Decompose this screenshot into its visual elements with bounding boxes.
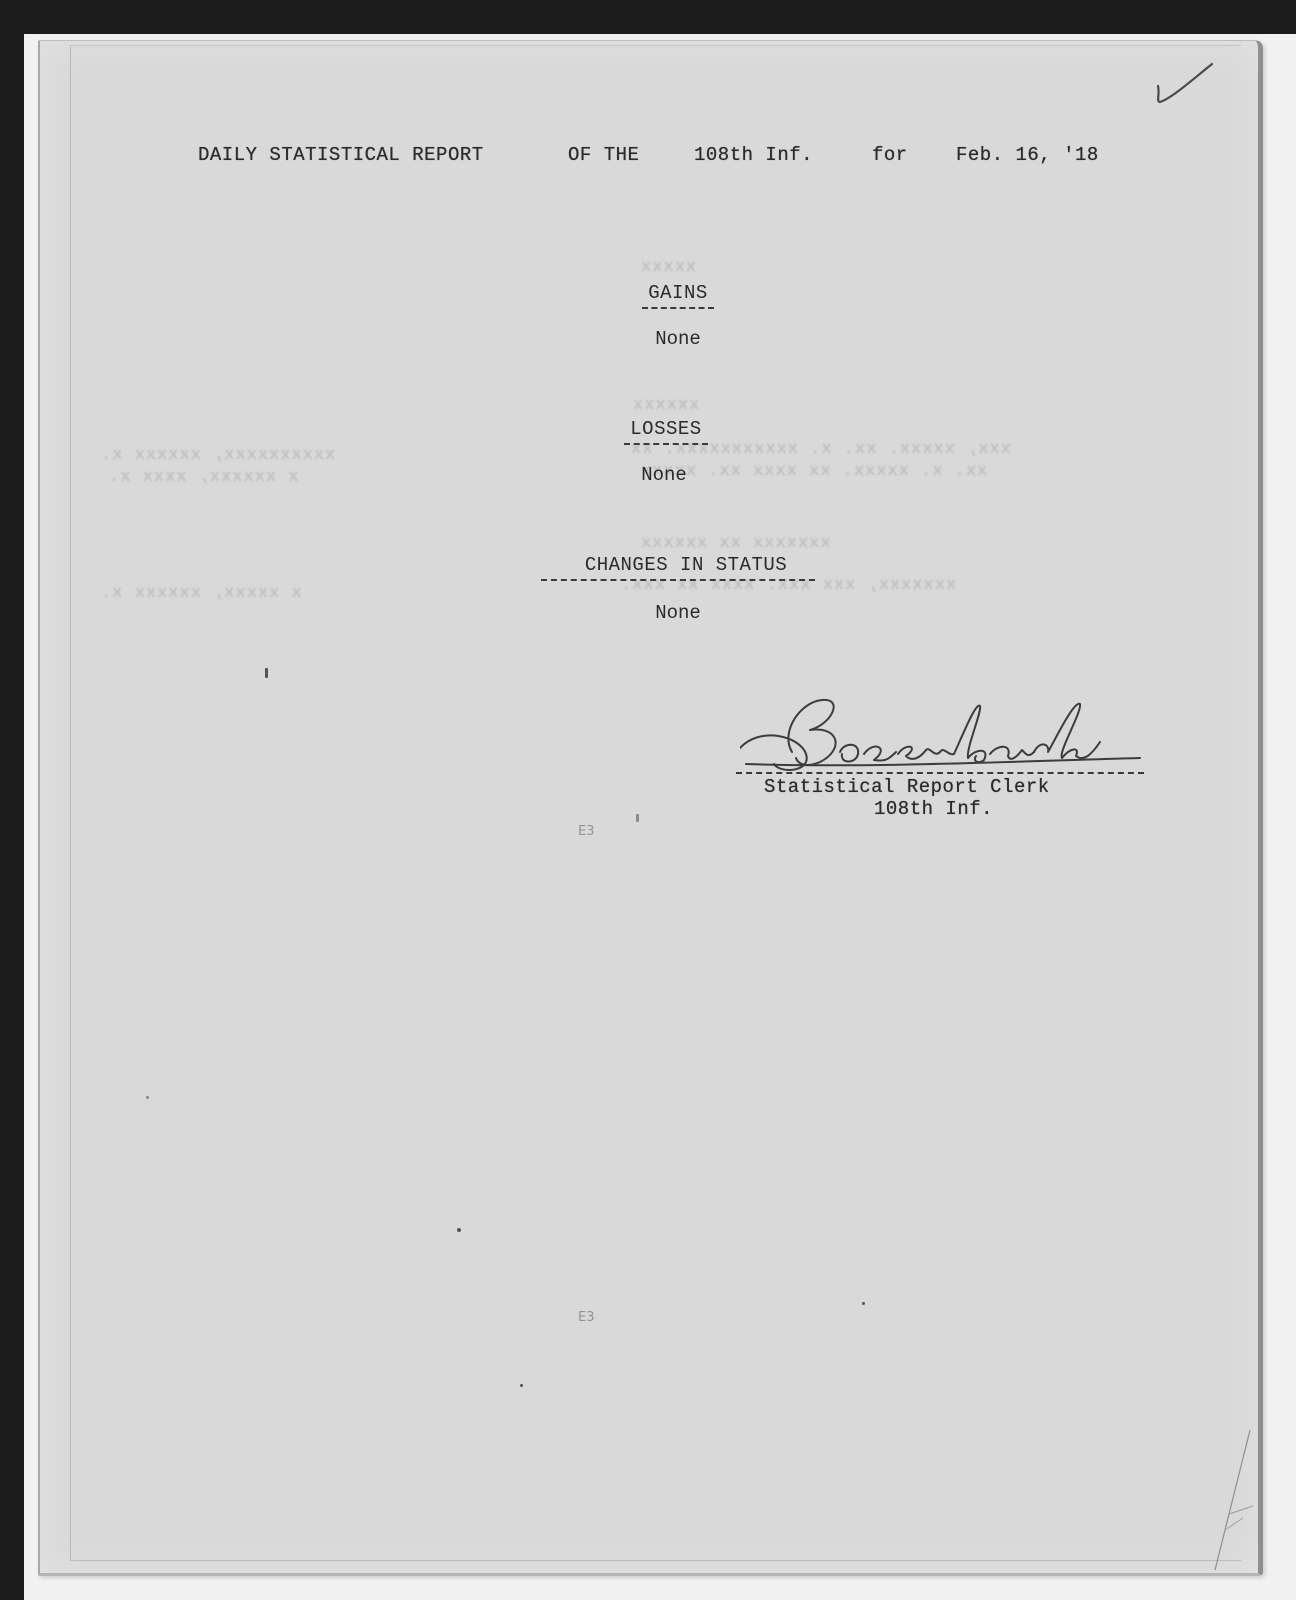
report-title: DAILY STATISTICAL REPORT: [198, 144, 484, 166]
ink-speck: [636, 814, 639, 822]
page-crease: [1205, 1430, 1265, 1580]
ink-speck: [457, 1228, 461, 1232]
section-value: None: [0, 602, 1296, 624]
report-of-the: OF THE: [568, 144, 639, 166]
handwritten-signature: [740, 692, 1150, 778]
report-for-label: for: [872, 144, 908, 166]
signature-line: [736, 772, 1144, 774]
section-value: None: [0, 328, 1296, 350]
ink-speck: [862, 1302, 865, 1305]
report-unit: 108th Inf.: [694, 144, 813, 166]
bleed-through-text: xxxxxx: [632, 396, 699, 415]
signer-unit: 108th Inf.: [874, 798, 993, 820]
page-mark: E3: [578, 824, 595, 839]
section-heading: CHANGES IN STATUS: [541, 554, 815, 581]
report-date: Feb. 16, '18: [956, 144, 1099, 166]
ink-speck: [520, 1384, 523, 1387]
ink-speck: [265, 668, 268, 678]
section-heading: GAINS: [642, 282, 714, 309]
bleed-through-text: xxxxxxx xx xxxxxx: [640, 534, 830, 553]
signer-title: Statistical Report Clerk: [764, 776, 1050, 798]
bleed-through-text: xxxxx: [640, 258, 696, 277]
section-gains: GAINS: [0, 282, 1296, 309]
ink-speck: [146, 1096, 149, 1099]
bleed-through-text: xxxxxxxxxx, xxxxxx x.: [100, 446, 335, 465]
section-changes-in-status: CHANGES IN STATUS: [0, 554, 1296, 581]
bleed-through-text: x xxxxx, xxxxxx x.: [100, 584, 302, 603]
report-header: DAILY STATISTICAL REPORT OF THE 108th In…: [0, 144, 1296, 170]
section-losses: LOSSES: [0, 418, 1296, 445]
section-value: None: [0, 464, 1296, 486]
check-mark-icon: [1150, 58, 1220, 110]
page-mark: E3: [578, 1310, 595, 1325]
section-heading: LOSSES: [624, 418, 707, 445]
